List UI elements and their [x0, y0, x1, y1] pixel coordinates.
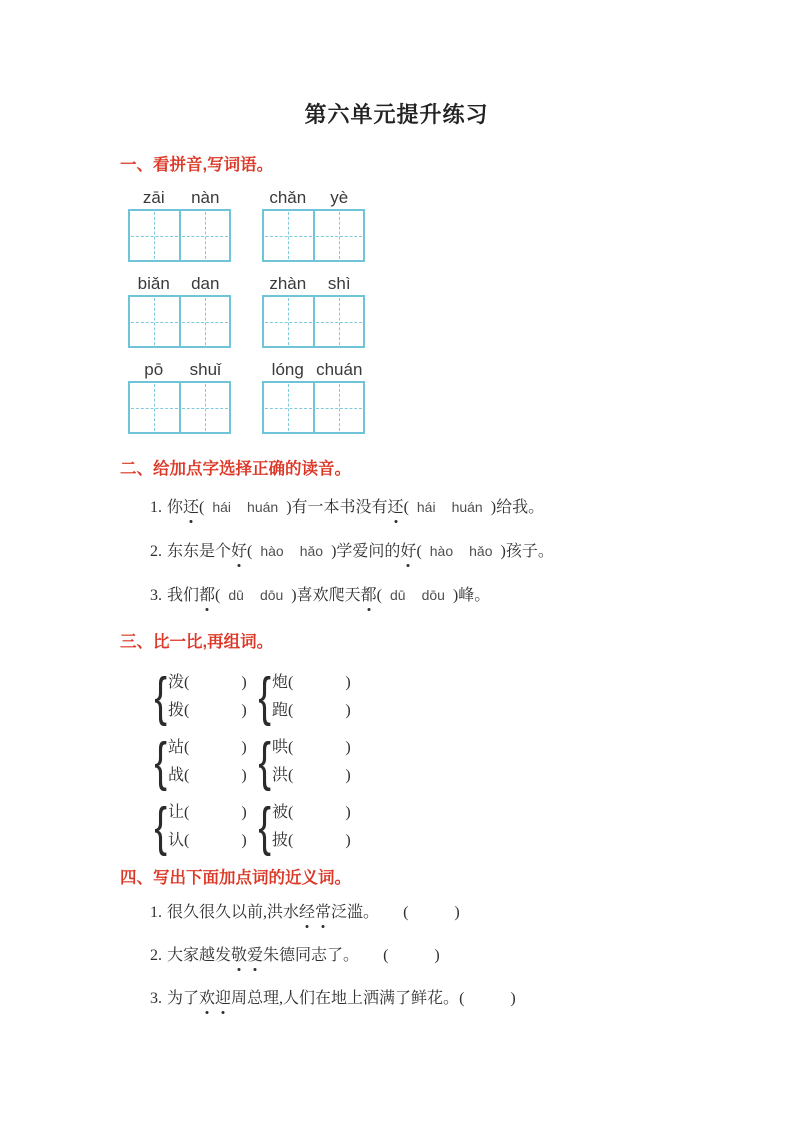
word-pair-row: { 泼() 拨() { 炮() 跑() [152, 669, 793, 725]
paren-open: ( [288, 702, 293, 719]
pinyin-option: dōu [260, 587, 283, 603]
compare-character: 洪 [272, 767, 288, 784]
paren-close: ) [241, 832, 246, 849]
question-item: 3.我们都(dūdōu)喜欢爬天都(dūdōu)峰。 [150, 584, 793, 607]
writing-box-row [128, 209, 793, 262]
text-run: 有一本书没有 [292, 499, 388, 516]
pinyin-syllable: shì [314, 275, 366, 293]
emphasized-character: 还 [183, 497, 199, 519]
pinyin-label: zāi nàn [128, 189, 231, 207]
compare-character: 拨 [168, 702, 184, 719]
emphasized-character: 都 [199, 585, 215, 607]
pinyin-label: pō shuǐ [128, 361, 231, 379]
paren-close: ) [241, 702, 246, 719]
item-text: 我们都(dūdōu)喜欢爬天都(dūdōu)峰。 [167, 587, 490, 604]
paren-open: ( [184, 767, 189, 784]
text-run: 东东是个 [167, 543, 231, 560]
paren-close: ) [241, 674, 246, 691]
paren-close: ) [345, 832, 350, 849]
item-text: 你还(háihuán)有一本书没有还(háihuán)给我。 [167, 499, 544, 516]
pinyin-label: biǎn dan [128, 275, 231, 293]
pinyin-syllable: zhàn [262, 275, 314, 293]
text-run: ( [416, 543, 421, 560]
text-run: 孩子。 [506, 543, 554, 560]
text-run: 学爱问的 [336, 543, 400, 560]
brace-icon: { [154, 799, 165, 855]
question-item: 1.很久很久以前,洪水经常泛滥。() [150, 902, 793, 924]
brace-icon: { [258, 734, 269, 790]
pinyin-syllable: chǎn [262, 189, 314, 207]
pinyin-syllable: dan [180, 275, 232, 293]
writing-grid-cell [130, 297, 179, 346]
word-pair-row: { 站() 战() { 哄() 洪() [152, 734, 793, 790]
paren-open: ( [184, 702, 189, 719]
text-run: 很久很久以前,洪水 [167, 904, 299, 921]
compare-character: 披 [272, 832, 288, 849]
emphasized-character: 经 [299, 902, 315, 924]
text-run: ( [383, 947, 388, 964]
writing-grid-cell [264, 297, 313, 346]
section4-heading: 四、写出下面加点词的近义词。 [120, 867, 793, 889]
compare-character: 炮 [272, 674, 288, 691]
text-run: 峰。 [458, 587, 490, 604]
compare-character: 认 [168, 832, 184, 849]
writing-grid-cell [130, 211, 179, 260]
paren-close: ) [345, 739, 350, 756]
word-pair: { 站() 战() [152, 734, 256, 790]
text-run: ( [377, 587, 382, 604]
worksheet-page: 第六单元提升练习 一、看拼音,写词语。 zāi nàn chǎn yè [0, 0, 793, 1122]
word-pair: { 炮() 跑() [256, 669, 351, 725]
question-item: 3.为了欢迎周总理,人们在地上洒满了鲜花。() [150, 988, 793, 1010]
paren-close: ) [241, 767, 246, 784]
pinyin-option: hào [430, 543, 453, 559]
writing-grid-box [262, 381, 365, 434]
writing-grid-box [128, 209, 231, 262]
emphasized-character: 欢 [199, 988, 215, 1010]
paren-open: ( [288, 767, 293, 784]
item-number: 3. [150, 990, 162, 1007]
writing-grid-box [262, 209, 365, 262]
word-pair: { 被() 披() [256, 799, 351, 855]
item-number: 2. [150, 543, 162, 560]
section2-heading: 二、给加点字选择正确的读音。 [120, 458, 793, 480]
pinyin-option: hái [212, 499, 231, 515]
compare-character: 让 [168, 804, 184, 821]
item-number: 1. [150, 904, 162, 921]
paren-close: ) [345, 767, 350, 784]
text-run: ) [454, 904, 459, 921]
text-run: ( [404, 499, 409, 516]
pinyin-option: huán [247, 499, 278, 515]
emphasized-character: 爱 [247, 945, 263, 967]
pinyin-syllable: chuán [314, 361, 366, 379]
pinyin-option: huán [452, 499, 483, 515]
pinyin-syllable: shuǐ [180, 361, 232, 379]
item-number: 1. [150, 499, 162, 516]
text-run: 喜欢爬天 [297, 587, 361, 604]
pinyin-syllable: yè [314, 189, 366, 207]
writing-grid-cell [179, 383, 230, 432]
item-text: 为了欢迎周总理,人们在地上洒满了鲜花。() [167, 990, 516, 1007]
paren-close: ) [345, 674, 350, 691]
word-pair-groups: { 泼() 拨() { 炮() 跑() { 站() 战() [152, 669, 793, 855]
page-title: 第六单元提升练习 [0, 0, 793, 130]
emphasized-character: 都 [361, 585, 377, 607]
paren-open: ( [184, 739, 189, 756]
pinyin-row: biǎn dan zhàn shì [128, 275, 494, 293]
paren-close: ) [345, 804, 350, 821]
pinyin-grid-area: zāi nàn chǎn yè biǎn dan [128, 189, 793, 434]
text-run: ( [459, 990, 464, 1007]
pinyin-syllable: pō [128, 361, 180, 379]
writing-grid-box [128, 295, 231, 348]
pinyin-syllable: biǎn [128, 275, 180, 293]
section1-heading: 一、看拼音,写词语。 [120, 154, 793, 176]
text-run: 你 [167, 499, 183, 516]
paren-open: ( [184, 674, 189, 691]
brace-icon: { [258, 799, 269, 855]
item-text: 大家越发敬爱朱德同志了。() [167, 947, 440, 964]
writing-grid-cell [179, 211, 230, 260]
text-run: ( [199, 499, 204, 516]
text-run: ( [247, 543, 252, 560]
text-run: 大家越发 [167, 947, 231, 964]
writing-grid-cell [313, 297, 364, 346]
item-text: 很久很久以前,洪水经常泛滥。() [167, 904, 460, 921]
writing-grid-box [262, 295, 365, 348]
writing-grid-cell [313, 383, 364, 432]
emphasized-character: 迎 [215, 988, 231, 1010]
item-text: 东东是个好(hàohǎo)学爱问的好(hàohǎo)孩子。 [167, 543, 554, 560]
emphasized-character: 敬 [231, 945, 247, 967]
emphasized-character: 还 [388, 497, 404, 519]
text-run: 周总理,人们在地上洒满了鲜花。 [231, 990, 459, 1007]
word-pair-row: { 让() 认() { 被() 披() [152, 799, 793, 855]
compare-character: 跑 [272, 702, 288, 719]
paren-close: ) [241, 739, 246, 756]
writing-grid-cell [313, 211, 364, 260]
text-run: ( [403, 904, 408, 921]
paren-close: ) [241, 804, 246, 821]
emphasized-character: 常 [315, 902, 331, 924]
brace-icon: { [154, 669, 165, 725]
compare-character: 被 [272, 804, 288, 821]
pinyin-option: dōu [422, 587, 445, 603]
text-run: 我们 [167, 587, 199, 604]
pinyin-option: hǎo [469, 543, 492, 559]
pinyin-option: dū [228, 587, 244, 603]
writing-grid-cell [179, 297, 230, 346]
writing-grid-box [128, 381, 231, 434]
question-item: 2.大家越发敬爱朱德同志了。() [150, 945, 793, 967]
pinyin-label: chǎn yè [262, 189, 365, 207]
text-run: ) [434, 947, 439, 964]
paren-open: ( [184, 832, 189, 849]
writing-grid-cell [130, 383, 179, 432]
writing-box-row [128, 295, 793, 348]
text-run: ( [215, 587, 220, 604]
pinyin-option: dū [390, 587, 406, 603]
writing-box-row [128, 381, 793, 434]
compare-character: 战 [168, 767, 184, 784]
paren-open: ( [288, 804, 293, 821]
paren-close: ) [345, 702, 350, 719]
pinyin-label: zhàn shì [262, 275, 365, 293]
word-pair: { 泼() 拨() [152, 669, 256, 725]
item-number: 2. [150, 947, 162, 964]
text-run: ) [510, 990, 515, 1007]
word-pair: { 让() 认() [152, 799, 256, 855]
compare-character: 泼 [168, 674, 184, 691]
text-run: 给我。 [496, 499, 544, 516]
compare-character: 站 [168, 739, 184, 756]
brace-icon: { [258, 669, 269, 725]
pinyin-option: hái [417, 499, 436, 515]
pinyin-syllable: nàn [180, 189, 232, 207]
pinyin-row: pō shuǐ lóng chuán [128, 361, 494, 379]
question-item: 2.东东是个好(hàohǎo)学爱问的好(hàohǎo)孩子。 [150, 540, 793, 563]
paren-open: ( [288, 832, 293, 849]
compare-character: 哄 [272, 739, 288, 756]
pinyin-option: hào [260, 543, 283, 559]
pinyin-label: lóng chuán [262, 361, 365, 379]
section3-heading: 三、比一比,再组词。 [120, 631, 793, 653]
word-pair: { 哄() 洪() [256, 734, 351, 790]
pinyin-row: zāi nàn chǎn yè [128, 189, 494, 207]
emphasized-character: 好 [231, 541, 247, 563]
text-run: 朱德同志了。 [263, 947, 359, 964]
brace-icon: { [154, 734, 165, 790]
paren-open: ( [184, 804, 189, 821]
question-item: 1.你还(háihuán)有一本书没有还(háihuán)给我。 [150, 496, 793, 519]
text-run: 泛滥。 [331, 904, 379, 921]
emphasized-character: 好 [400, 541, 416, 563]
writing-grid-cell [264, 383, 313, 432]
pinyin-option: hǎo [300, 543, 323, 559]
writing-grid-cell [264, 211, 313, 260]
paren-open: ( [288, 739, 293, 756]
item-number: 3. [150, 587, 162, 604]
text-run: 为了 [167, 990, 199, 1007]
pinyin-syllable: lóng [262, 361, 314, 379]
paren-open: ( [288, 674, 293, 691]
pinyin-syllable: zāi [128, 189, 180, 207]
